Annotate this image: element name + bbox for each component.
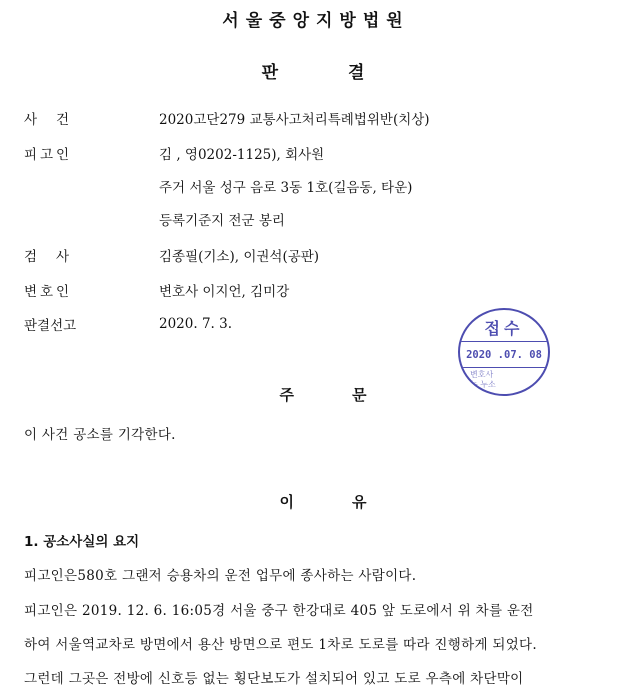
residence-value: 주거 서울 성 구 음로 3 동 1 호(길음동, 타운): [159, 176, 412, 196]
stamp-title: 접수: [460, 316, 548, 339]
received-stamp: 접수 2020 .07. 08 변호사 는 누소: [458, 308, 550, 396]
paragraph-2-line-3: 그런데 그곳은 전방에 신호등 없는 횡단보도가 설치되어 있고 도로 우측에 …: [24, 667, 524, 687]
stamp-date: 2020 .07. 08: [460, 349, 548, 361]
case-row: 사 건 2020고단27 9 교통사고처리특례법위반(치상): [24, 107, 99, 129]
reasons-section-header: 이 유: [0, 491, 626, 512]
doc-title-right: 결: [348, 58, 364, 83]
registry-value: 등록기준지 전 군 봉 리: [159, 209, 285, 229]
court-name: 서울중앙지방법원: [0, 6, 626, 31]
defendant-value: 김 , 영 0202-112 5), 회사원: [159, 143, 324, 163]
verdict-date-label: 판 결 선 고: [24, 314, 99, 334]
paragraph-2-line-1: 피고인은 2019. 12. 6. 16:05경 서울 중구 한강대로 405 …: [24, 599, 534, 619]
counsel-value: 변호사 이지언, 김미강: [159, 280, 289, 300]
prosecutor-value: 김종필(기소), 이권석(공판): [159, 245, 319, 265]
stamp-divider: [460, 341, 548, 342]
stamp-divider: [460, 367, 548, 368]
verdict-date-row: 판 결 선 고 2020. 7. 3.: [24, 313, 99, 335]
case-value: 2020고단27 9 교통사고처리특례법위반(치상): [159, 108, 430, 128]
defendant-label: 피 고 인: [24, 143, 99, 163]
defendant-row: 피 고 인 김 , 영 0202-112 5), 회사원: [24, 142, 99, 164]
paragraph-1-line-1: 피고인은 580호 그랜저 승용차의 운전 업무에 종사하는 사람이다.: [24, 564, 416, 584]
counsel-label: 변 호 인: [24, 280, 99, 300]
order-text: 이 사건 공소를 기각한다.: [24, 423, 176, 443]
paragraph-2-line-2: 하여 서울역교차로 방면에서 용산 방면으로 편도 1차로 도로를 따라 진행하…: [24, 633, 537, 653]
court-judgment-page: 서울중앙지방법원 판 결 사 건 2020고단27 9 교통사고처리특례법위반(…: [0, 0, 626, 699]
order-section-header: 주 문: [0, 384, 626, 405]
counsel-row: 변 호 인 변호사 이지언, 김미강: [24, 279, 99, 301]
case-label: 사 건: [24, 108, 99, 128]
prosecutor-row: 검 사 김종필(기소), 이권석(공판): [24, 244, 99, 266]
verdict-date-value: 2020. 7. 3.: [159, 316, 232, 332]
prosecutor-label: 검 사: [24, 245, 99, 265]
document-title: 판 결: [0, 58, 626, 83]
reasons-subheading: 1. 공소사실의 요지: [24, 530, 139, 550]
doc-title-left: 판: [262, 58, 278, 83]
